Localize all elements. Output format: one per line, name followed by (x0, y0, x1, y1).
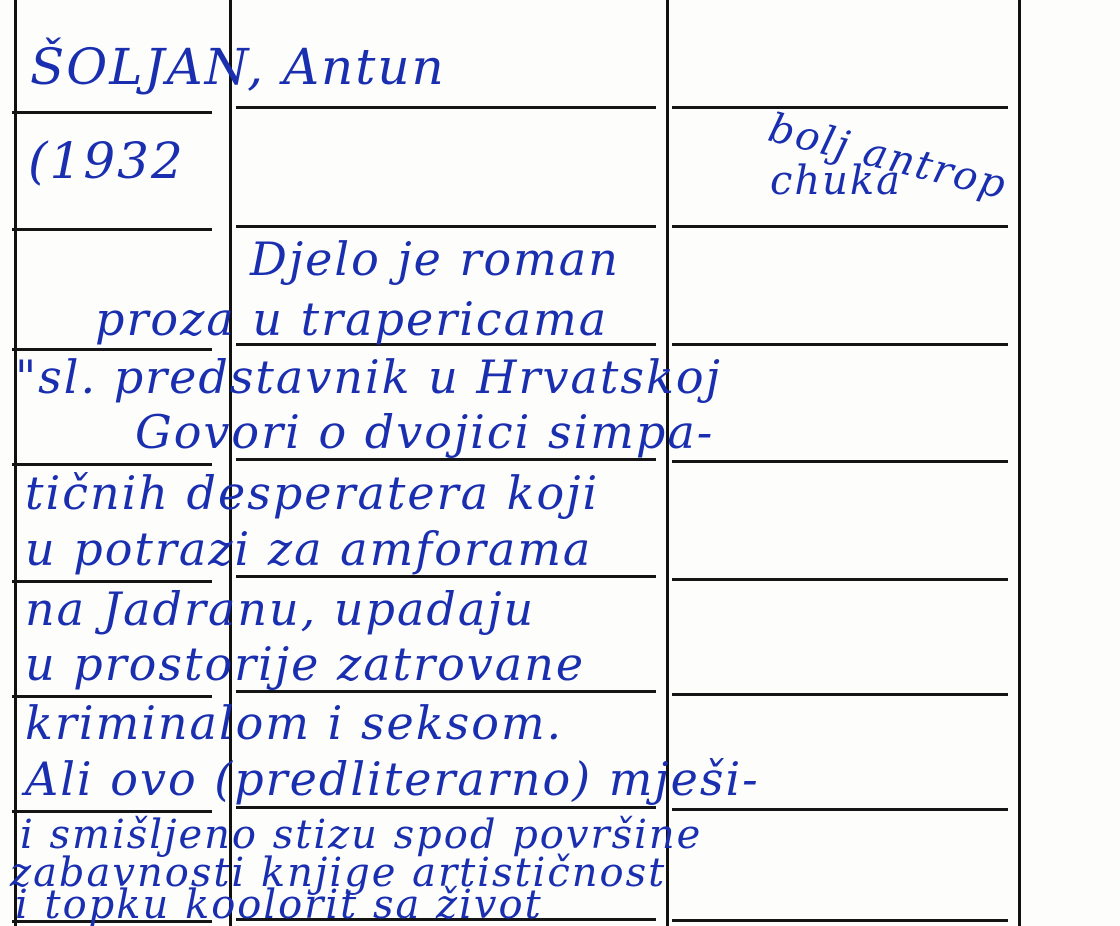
body-line-6: u potrazi za amforama (25, 522, 592, 576)
body-line-4: Govori o dvojici simpa- (135, 405, 714, 459)
body-line-5: tičnih desperatera koji (25, 466, 599, 520)
body-line-10: Ali ovo (predliterarno) mješi- (25, 752, 760, 806)
row-line (12, 111, 212, 114)
row-line (12, 228, 212, 231)
publication-year: (1932 (28, 132, 185, 190)
body-line-13: i topku koolorit sa život (15, 882, 543, 926)
body-line-3: "sl. predstavnik u Hrvatskoj (15, 350, 722, 404)
body-line-2: proza u trapericama (95, 292, 608, 346)
row-line (672, 106, 1008, 109)
body-line-1: Djelo je roman (250, 232, 620, 286)
row-line (672, 578, 1008, 581)
row-line (672, 693, 1008, 696)
row-line (672, 919, 1008, 922)
category-note-line-2: chuka (770, 158, 902, 204)
body-line-7: na Jadranu, upadaju (25, 582, 535, 636)
row-line (236, 225, 656, 228)
row-line (236, 106, 656, 109)
row-line (672, 225, 1008, 228)
row-line (672, 343, 1008, 346)
catalog-card: ŠOLJAN, Antun (1932 bolj antrop chuka Dj… (0, 0, 1120, 926)
body-line-8: u prostorije zatrovane (25, 637, 585, 691)
row-line (672, 460, 1008, 463)
row-line (672, 808, 1008, 811)
row-line (236, 806, 656, 809)
author-heading: ŠOLJAN, Antun (30, 38, 446, 96)
column-divider-3 (1018, 0, 1021, 926)
body-line-9: kriminalom i seksom. (25, 696, 563, 750)
